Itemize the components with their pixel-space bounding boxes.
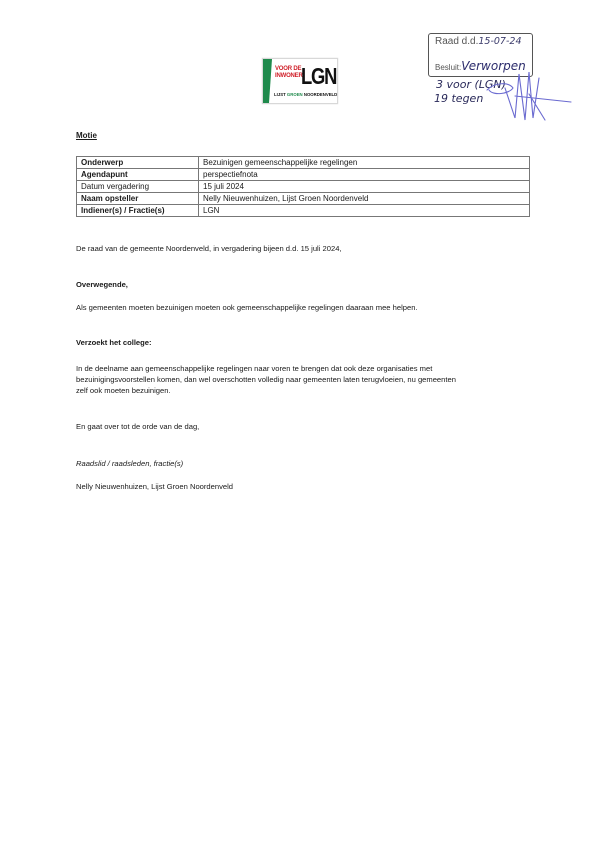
- request-line: In de deelname aan gemeenschappelijke re…: [76, 363, 536, 374]
- stamp-date-value: 15-07-24: [478, 36, 521, 47]
- considering-text: Als gemeenten moeten bezuinigen moeten o…: [76, 302, 536, 313]
- table-key: Datum vergadering: [77, 181, 199, 193]
- intro-paragraph: De raad van de gemeente Noordenveld, in …: [76, 243, 536, 254]
- table-key: Naam opsteller: [77, 193, 199, 205]
- signatory-label: Raadslid / raadsleden, fractie(s): [76, 458, 536, 469]
- request-heading: Verzoekt het college:: [76, 337, 536, 348]
- table-key: Indiener(s) / Fractie(s): [77, 205, 199, 217]
- stamp-date-row: Raad d.d.15-07-24: [435, 36, 522, 47]
- logo-footer-part1: LIJST: [274, 92, 287, 97]
- party-logo: VOOR DE INWONER LGN LIJST GROEN NOORDENV…: [262, 58, 338, 104]
- logo-green-wedge: [269, 59, 272, 103]
- table-key: Onderwerp: [77, 157, 199, 169]
- logo-footer: LIJST GROEN NOORDENVELD: [274, 92, 337, 97]
- table-value: LGN: [199, 205, 530, 217]
- request-line: zelf ook moeten bezuinigen.: [76, 385, 536, 396]
- logo-wordmark: LGN: [301, 63, 336, 90]
- table-row: Indiener(s) / Fractie(s) LGN: [77, 205, 530, 217]
- logo-green-bar: [263, 59, 269, 103]
- table-key: Agendapunt: [77, 169, 199, 181]
- table-row: Onderwerp Bezuinigen gemeenschappelijke …: [77, 157, 530, 169]
- logo-tagline: VOOR DE INWONER: [275, 66, 303, 80]
- logo-footer-part2: NOORDENVELD: [303, 92, 338, 97]
- signatory-name: Nelly Nieuwenhuizen, Lijst Groen Noorden…: [76, 481, 536, 492]
- motion-meta-table: Onderwerp Bezuinigen gemeenschappelijke …: [76, 156, 530, 217]
- considering-heading: Overwegende,: [76, 279, 536, 290]
- request-text: In de deelname aan gemeenschappelijke re…: [76, 363, 536, 396]
- stamp-decision-label: Besluit:: [435, 63, 461, 72]
- votes-against: 19 tegen: [434, 92, 483, 105]
- logo-footer-green: GROEN: [287, 92, 303, 97]
- table-row: Naam opsteller Nelly Nieuwenhuizen, Lijs…: [77, 193, 530, 205]
- table-row: Agendapunt perspectiefnota: [77, 169, 530, 181]
- logo-tagline-line2: INWONER: [275, 73, 303, 80]
- document-title: Motie: [76, 131, 97, 140]
- request-line: bezuinigingsvoorstellen komen, dan wel o…: [76, 374, 536, 385]
- stamp-date-label: Raad d.d.: [435, 36, 478, 47]
- closing-line: En gaat over tot de orde van de dag,: [76, 421, 536, 432]
- table-value: perspectiefnota: [199, 169, 530, 181]
- table-value: Bezuinigen gemeenschappelijke regelingen: [199, 157, 530, 169]
- table-value: 15 juli 2024: [199, 181, 530, 193]
- logo-tagline-line1: VOOR DE: [275, 66, 303, 73]
- table-value: Nelly Nieuwenhuizen, Lijst Groen Noorden…: [199, 193, 530, 205]
- signature-icon: [485, 68, 575, 124]
- table-row: Datum vergadering 15 juli 2024: [77, 181, 530, 193]
